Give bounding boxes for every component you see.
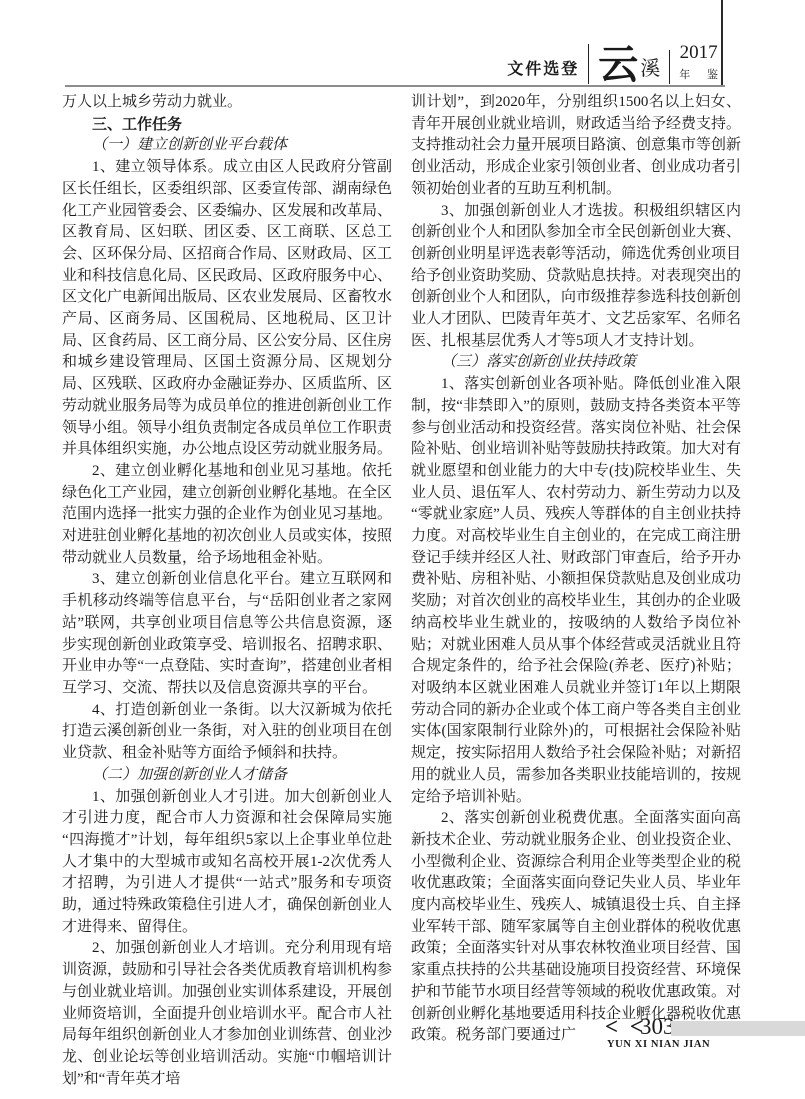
subsection-heading: （二）加强创新创业人才储备 <box>62 765 392 787</box>
paragraph: 1、落实创新创业各项补贴。降低创业准入限制，按“非禁即入”的原则，鼓励支持各类资… <box>411 374 741 808</box>
document-body: 万人以上城乡劳动力就业。 三、工作任务 （一）建立创新创业平台载体 1、建立领导… <box>62 92 741 1090</box>
section-title: 文件选登 <box>507 56 579 84</box>
paragraph: 4、打造创新创业一条街。以大汉新城为依托打造云溪创新创业一条街，对入驻的创业项目… <box>62 700 392 765</box>
right-column: 训计划”，到2020年，分别组织1500名以上妇女、青年开展创业就业培训，财政适… <box>411 92 741 1090</box>
paragraph: 2、建立创业孵化基地和创业见习基地。依托绿色化工产业园，建立创新创业孵化基地。在… <box>62 461 392 570</box>
year-number: 2017 <box>680 43 718 64</box>
year-block: 2017 年 鉴 <box>679 43 718 84</box>
header-divider <box>588 44 589 84</box>
header-divider <box>669 50 670 84</box>
footer-gray-bar <box>671 1021 805 1036</box>
subsection-heading: （一）建立创新创业平台载体 <box>62 135 392 157</box>
paragraph: 3、建立创新创业信息化平台。建立互联网和手机移动终端等信息平台，与“岳阳创业者之… <box>62 569 392 699</box>
document-page: 文件选登 云 溪 2017 年 鉴 万人以上城乡劳动力就业。 三、工作任务 （一… <box>0 0 805 1099</box>
page-number: 303 <box>640 1014 675 1040</box>
header-edge-line <box>721 0 723 86</box>
paragraph: 1、建立领导体系。成立由区人民政府分管副区长任组长，区委组织部、区委宣传部、湖南… <box>62 157 392 461</box>
paragraph-continuation: 训计划”，到2020年，分别组织1500名以上妇女、青年开展创业就业培训，财政适… <box>411 92 741 201</box>
year-label: 年 鉴 <box>679 66 725 82</box>
left-column: 万人以上城乡劳动力就业。 三、工作任务 （一）建立创新创业平台载体 1、建立领导… <box>62 92 392 1090</box>
paragraph-continuation: 万人以上城乡劳动力就业。 <box>62 92 392 114</box>
paragraph: 3、加强创新创业人才选拔。积极组织辖区内创新创业个人和团队参加全市全民创新创业大… <box>411 201 741 353</box>
footer-romanized-title: YUN XI NIAN JIAN <box>607 1039 710 1050</box>
logo-char-large: 云 <box>598 46 638 84</box>
page-header: 文件选登 云 溪 2017 年 鉴 <box>507 38 718 84</box>
yearbook-logo: 云 溪 <box>598 46 660 84</box>
section-heading: 三、工作任务 <box>62 114 392 136</box>
header-rule <box>65 85 725 87</box>
paragraph: 1、加强创新创业人才引进。加大创新创业人才引进力度，配合市人力资源和社会保障局实… <box>62 787 392 939</box>
paragraph: 2、落实创新创业税费优惠。全面落实面向高新技术企业、劳动就业服务企业、创业投资企… <box>411 808 741 1047</box>
logo-char-small: 溪 <box>640 52 660 84</box>
page-footer: < < 303 <box>0 1014 805 1038</box>
subsection-heading: （三）落实创新创业扶持政策 <box>411 352 741 374</box>
